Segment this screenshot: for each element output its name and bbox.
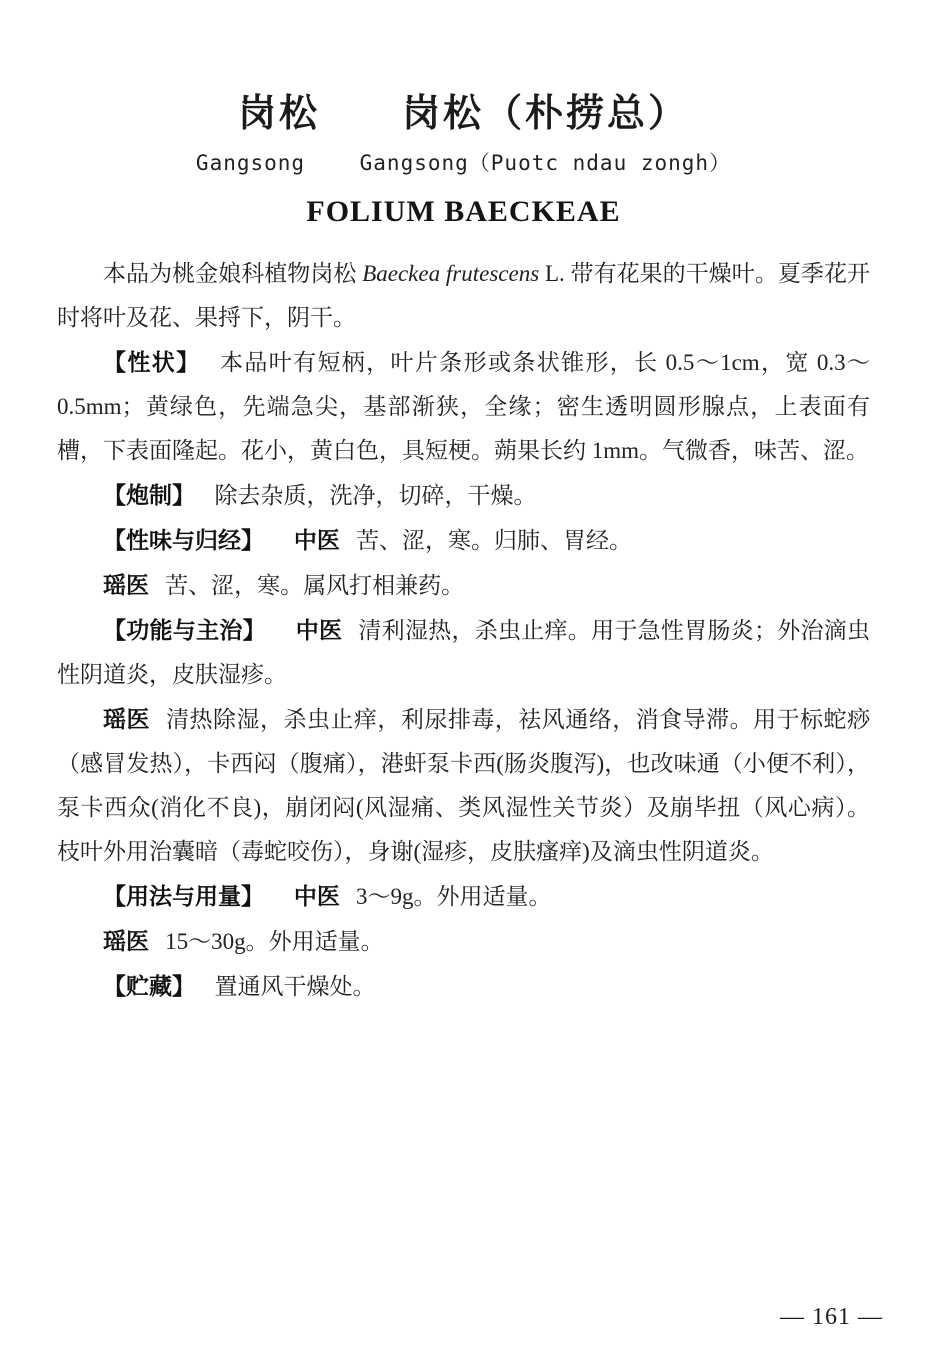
section-label-paozhi: 【炮制】: [103, 482, 195, 508]
yongfa-zhongyi-text: 3～9g。外用适量。: [356, 884, 552, 909]
xingwei-zhongyi-text: 苦、涩，寒。归肺、胃经。: [356, 528, 632, 553]
sublabel-yaoyi: 瑶医: [103, 706, 150, 732]
section-gongneng-zhongyi: 【功能与主治】中医清利湿热，杀虫止痒。用于急性胃肠炎；外治滴虫性阴道炎，皮肤湿疹…: [57, 608, 870, 697]
section-paozhi: 【炮制】除去杂质，洗净，切碎，干燥。: [57, 473, 870, 518]
gongneng-yaoyi-text: 清热除湿，杀虫止痒，利尿排毒，祛风通络，消食导滞。用于标蛇痧（感冒发热），卡西闷…: [57, 707, 870, 864]
section-label-xingwei: 【性味与归经】: [103, 527, 264, 553]
monograph-body: 本品为桃金娘科植物岗松 Baeckea frutescens L. 带有花果的干…: [57, 252, 870, 1009]
section-label-gongneng: 【功能与主治】: [103, 617, 266, 643]
sublabel-zhongyi: 中医: [294, 883, 340, 909]
sublabel-zhongyi: 中医: [296, 617, 343, 643]
section-text-zhucang: 置通风干燥处。: [215, 974, 376, 999]
yongfa-yaoyi-text: 15～30g。外用适量。: [165, 929, 384, 954]
section-zhucang: 【贮藏】置通风干燥处。: [57, 964, 870, 1009]
section-label-xingzhuang: 【性状】: [103, 349, 200, 375]
monograph-header: 岗松 岗松（朴捞总） Gangsong Gangsong（Puotc ndau …: [0, 0, 927, 229]
section-xingzhuang: 【性状】本品叶有短柄，叶片条形或条状锥形，长 0.5～1cm，宽 0.3～0.5…: [57, 340, 870, 473]
section-label-zhucang: 【贮藏】: [103, 973, 195, 999]
section-xingwei-zhongyi: 【性味与归经】中医苦、涩，寒。归肺、胃经。: [57, 518, 870, 563]
title-latin: FOLIUM BAECKEAE: [0, 195, 927, 229]
xingwei-yaoyi-text: 苦、涩，寒。属风打相兼药。: [165, 573, 464, 598]
title-pinyin: Gangsong Gangsong（Puotc ndau zongh）: [0, 151, 927, 176]
section-xingwei-yaoyi: 瑶医苦、涩，寒。属风打相兼药。: [57, 563, 870, 608]
intro-text-pre: 本品为桃金娘科植物岗松: [103, 261, 362, 286]
section-yongfa-zhongyi: 【用法与用量】中医3～9g。外用适量。: [57, 874, 870, 919]
sublabel-zhongyi: 中医: [294, 527, 340, 553]
section-label-yongfa: 【用法与用量】: [103, 883, 264, 909]
sublabel-yaoyi: 瑶医: [103, 572, 149, 598]
document-page: 岗松 岗松（朴捞总） Gangsong Gangsong（Puotc ndau …: [0, 0, 927, 1353]
species-latin-name: Baeckea frutescens: [362, 261, 539, 286]
page-title: 岗松 岗松（朴捞总）: [0, 92, 927, 136]
section-text-paozhi: 除去杂质，洗净，切碎，干燥。: [215, 483, 537, 508]
paragraph-intro: 本品为桃金娘科植物岗松 Baeckea frutescens L. 带有花果的干…: [57, 252, 870, 340]
section-gongneng-yaoyi: 瑶医清热除湿，杀虫止痒，利尿排毒，祛风通络，消食导滞。用于标蛇痧（感冒发热），卡…: [57, 697, 870, 874]
page-number: — 161 —: [780, 1304, 883, 1331]
section-yongfa-yaoyi: 瑶医15～30g。外用适量。: [57, 919, 870, 964]
sublabel-yaoyi: 瑶医: [103, 928, 149, 954]
